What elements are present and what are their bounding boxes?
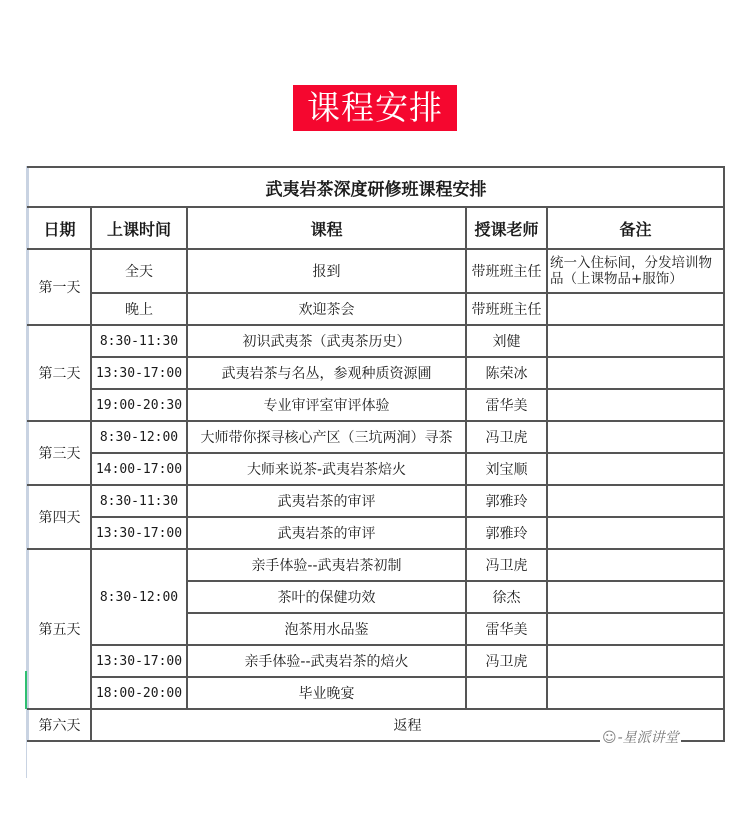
note-cell [547, 613, 724, 645]
course-cell: 武夷岩茶与名丛，参观种质资源圃 [187, 357, 466, 389]
teacher-cell: 郭雅玲 [466, 485, 547, 517]
course-cell: 亲手体验--武夷岩茶初制 [187, 549, 466, 581]
course-cell: 毕业晚宴 [187, 677, 466, 709]
course-cell: 欢迎茶会 [187, 293, 466, 325]
note-cell [547, 389, 724, 421]
wechat-icon: ☺ [602, 730, 617, 746]
table-row: 第二天 8:30-11:30 初识武夷茶（武夷茶历史） 刘健 [28, 325, 724, 357]
course-cell: 报到 [187, 249, 466, 293]
watermark: ☺-星派讲堂 [600, 727, 681, 747]
schedule-table: 武夷岩茶深度研修班课程安排 日期 上课时间 课程 授课老师 备注 第一天 全天 … [27, 166, 725, 742]
time-cell: 8:30-12:00 [91, 421, 187, 453]
course-cell: 大师带你探寻核心产区（三坑两涧）寻茶 [187, 421, 466, 453]
teacher-cell: 雷华美 [466, 389, 547, 421]
teacher-cell: 刘宝顺 [466, 453, 547, 485]
time-cell: 14:00-17:00 [91, 453, 187, 485]
teacher-cell: 冯卫虎 [466, 549, 547, 581]
time-cell: 全天 [91, 249, 187, 293]
table-row: 第五天 8:30-12:00 亲手体验--武夷岩茶初制 冯卫虎 [28, 549, 724, 581]
table-row: 18:00-20:00 毕业晚宴 [28, 677, 724, 709]
table-row: 13:30-17:00 武夷岩茶与名丛，参观种质资源圃 陈荣冰 [28, 357, 724, 389]
course-cell: 亲手体验--武夷岩茶的焙火 [187, 645, 466, 677]
watermark-text: -星派讲堂 [618, 730, 679, 746]
note-cell [547, 517, 724, 549]
teacher-cell: 冯卫虎 [466, 645, 547, 677]
header-time: 上课时间 [91, 207, 187, 249]
course-cell: 初识武夷茶（武夷茶历史） [187, 325, 466, 357]
time-cell: 13:30-17:00 [91, 645, 187, 677]
table-row: 第三天 8:30-12:00 大师带你探寻核心产区（三坑两涧）寻茶 冯卫虎 [28, 421, 724, 453]
time-cell: 18:00-20:00 [91, 677, 187, 709]
table-row: 第四天 8:30-11:30 武夷岩茶的审评 郭雅玲 [28, 485, 724, 517]
table-row: 19:00-20:30 专业审评室审评体验 雷华美 [28, 389, 724, 421]
course-cell: 武夷岩茶的审评 [187, 517, 466, 549]
table-row: 13:30-17:00 武夷岩茶的审评 郭雅玲 [28, 517, 724, 549]
note-cell [547, 485, 724, 517]
course-cell: 茶叶的保健功效 [187, 581, 466, 613]
teacher-cell [466, 677, 547, 709]
table-row: 晚上 欢迎茶会 带班班主任 [28, 293, 724, 325]
note-cell [547, 293, 724, 325]
course-cell: 专业审评室审评体验 [187, 389, 466, 421]
table-title-row: 武夷岩茶深度研修班课程安排 [28, 167, 724, 207]
day-cell: 第一天 [28, 249, 91, 325]
time-cell: 8:30-12:00 [91, 549, 187, 645]
note-cell [547, 677, 724, 709]
teacher-cell: 带班班主任 [466, 293, 547, 325]
teacher-cell: 陈荣冰 [466, 357, 547, 389]
day-cell: 第三天 [28, 421, 91, 485]
note-cell: 统一入住标间，分发培训物品（上课物品+服饰） [547, 249, 724, 293]
time-cell: 晚上 [91, 293, 187, 325]
teacher-cell: 徐杰 [466, 581, 547, 613]
teacher-cell: 郭雅玲 [466, 517, 547, 549]
header-date: 日期 [28, 207, 91, 249]
time-cell: 13:30-17:00 [91, 517, 187, 549]
note-cell [547, 549, 724, 581]
note-cell [547, 453, 724, 485]
header-note: 备注 [547, 207, 724, 249]
note-cell [547, 581, 724, 613]
day-cell: 第六天 [28, 709, 91, 741]
note-cell [547, 645, 724, 677]
header-course: 课程 [187, 207, 466, 249]
note-cell [547, 421, 724, 453]
course-cell: 泡茶用水品鉴 [187, 613, 466, 645]
time-cell: 19:00-20:30 [91, 389, 187, 421]
note-cell [547, 357, 724, 389]
teacher-cell: 雷华美 [466, 613, 547, 645]
day-cell: 第四天 [28, 485, 91, 549]
table-row: 13:30-17:00 亲手体验--武夷岩茶的焙火 冯卫虎 [28, 645, 724, 677]
section-banner: 课程安排 [293, 85, 457, 131]
course-cell: 大师来说茶-武夷岩茶焙火 [187, 453, 466, 485]
teacher-cell: 冯卫虎 [466, 421, 547, 453]
header-teacher: 授课老师 [466, 207, 547, 249]
table-header-row: 日期 上课时间 课程 授课老师 备注 [28, 207, 724, 249]
table-row: 第一天 全天 报到 带班班主任 统一入住标间，分发培训物品（上课物品+服饰） [28, 249, 724, 293]
course-cell: 武夷岩茶的审评 [187, 485, 466, 517]
day-cell: 第五天 [28, 549, 91, 709]
time-cell: 8:30-11:30 [91, 485, 187, 517]
table-row: 14:00-17:00 大师来说茶-武夷岩茶焙火 刘宝顺 [28, 453, 724, 485]
table-title: 武夷岩茶深度研修班课程安排 [28, 167, 724, 207]
time-cell: 8:30-11:30 [91, 325, 187, 357]
teacher-cell: 刘健 [466, 325, 547, 357]
time-cell: 13:30-17:00 [91, 357, 187, 389]
teacher-cell: 带班班主任 [466, 249, 547, 293]
note-cell [547, 325, 724, 357]
day-cell: 第二天 [28, 325, 91, 421]
